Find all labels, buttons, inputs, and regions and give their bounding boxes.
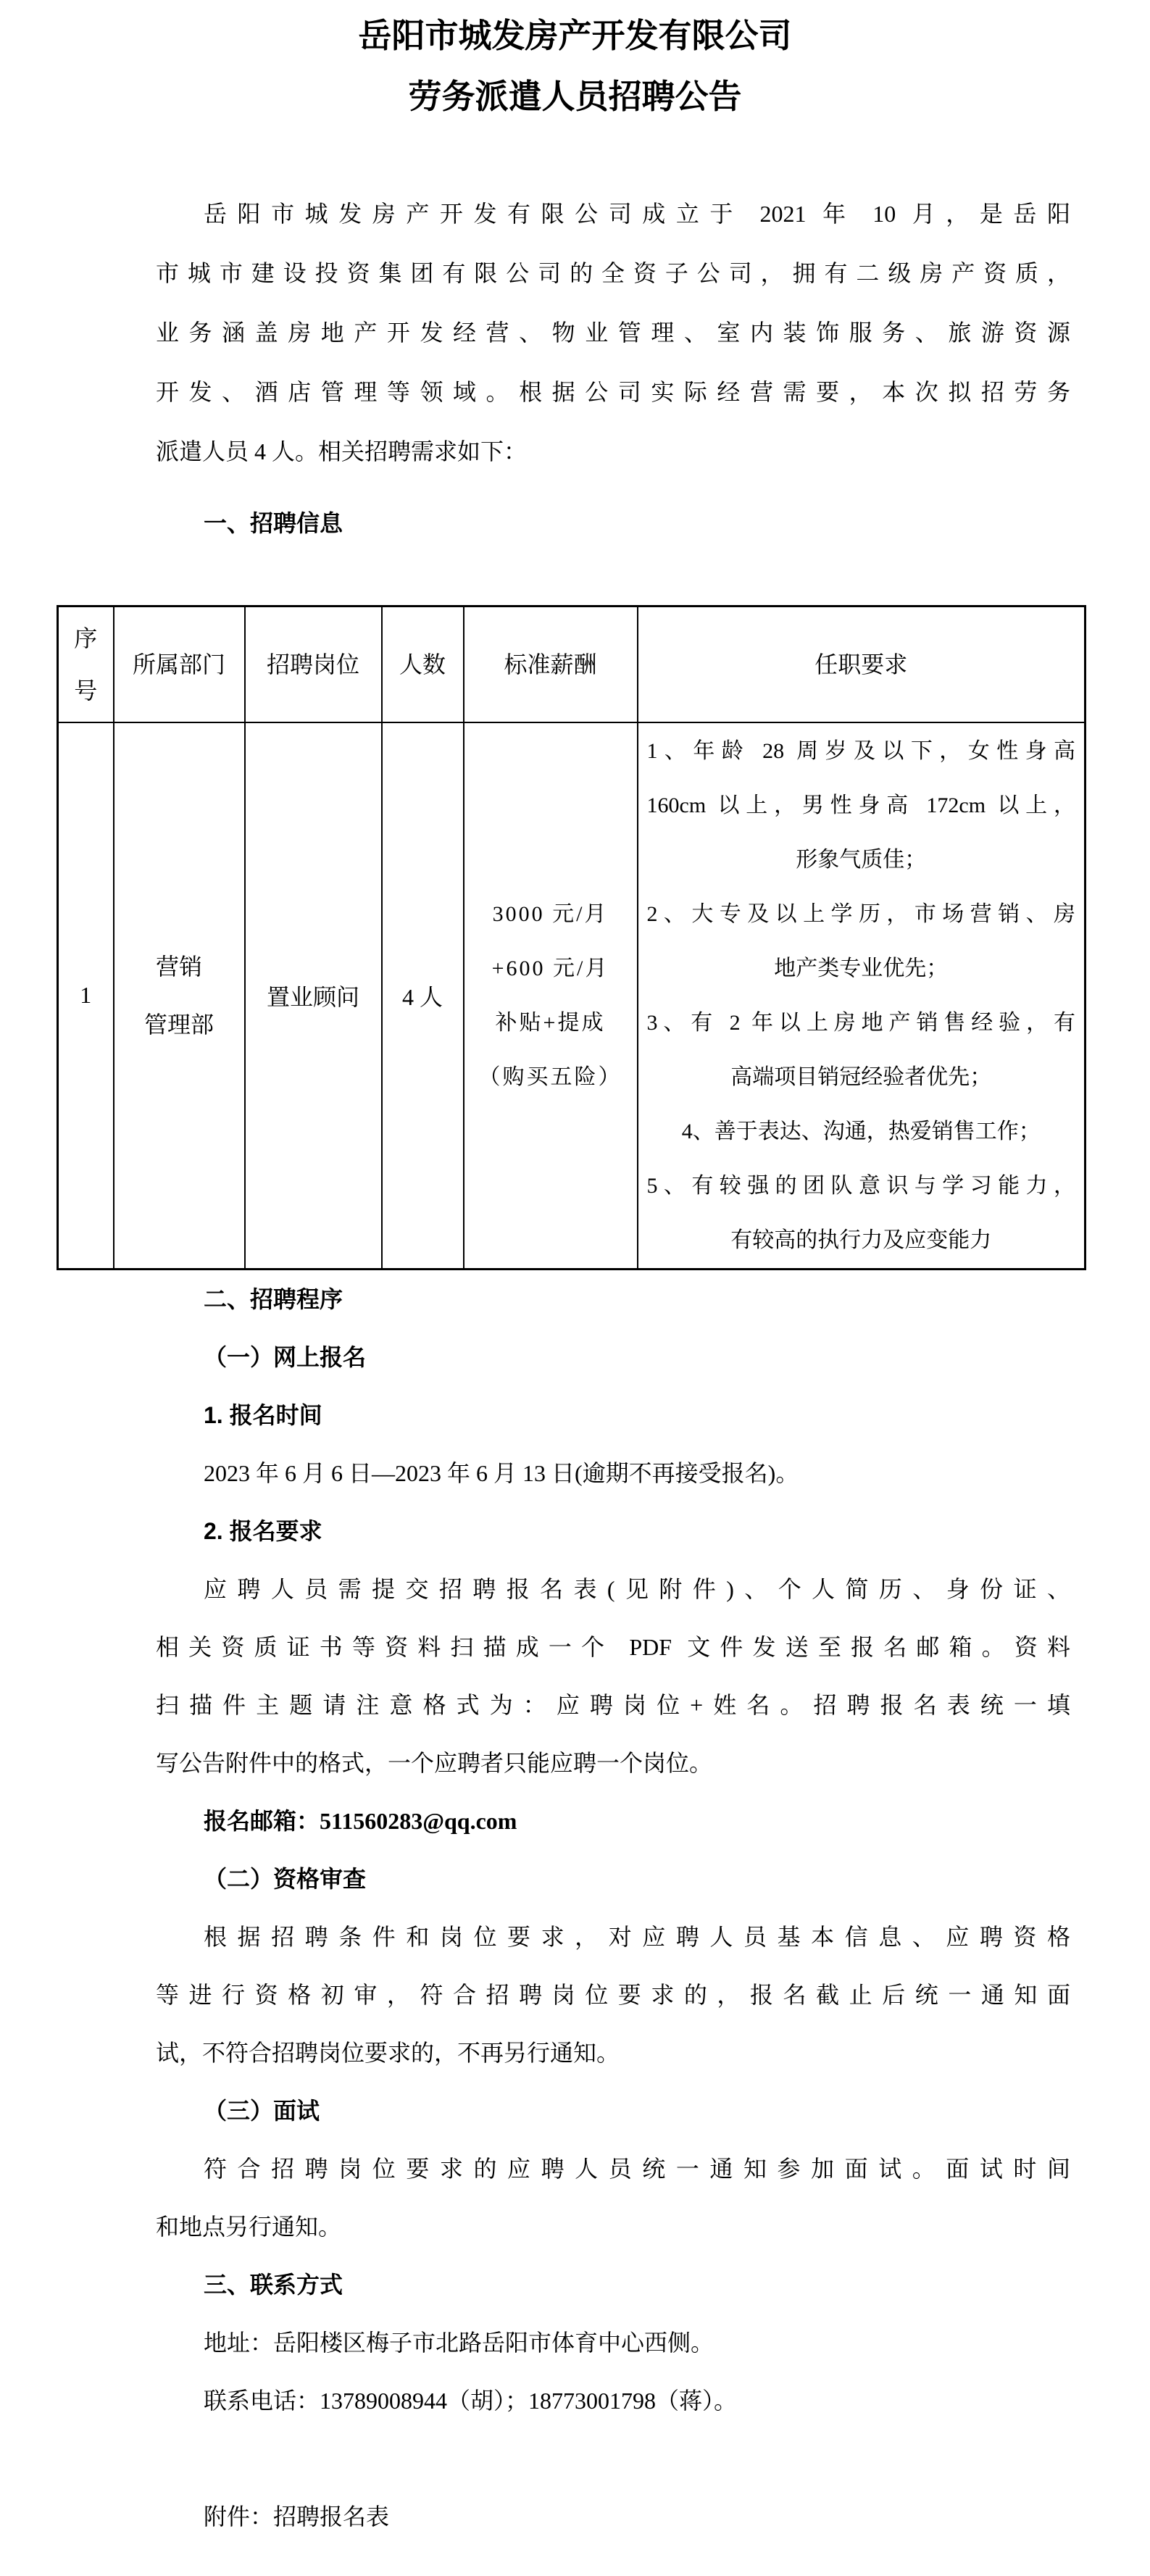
contact-address-text: 地址：岳阳楼区梅子市北路岳阳市体育中心西侧。 [156, 2314, 1070, 2372]
text-line: 3、有 2 年以上房地产销售经验，有 [647, 996, 1076, 1050]
recruitment-table: 序号 所属部门 招聘岗位 人数 标准薪酬 任职要求 1 营销管理部 置业顾问 4… [57, 605, 1086, 1270]
text-line: 160cm 以上，男性身高 172cm 以上， [647, 778, 1076, 833]
sub-heading-online-signup: （一）网上报名 [156, 1328, 1070, 1386]
text-line: 高端项目销冠经验者优先； [647, 1050, 1076, 1104]
table-header-row: 序号 所属部门 招聘岗位 人数 标准薪酬 任职要求 [58, 607, 1086, 722]
text-line: 3000 元/月 [465, 887, 636, 941]
section-heading-procedure: 二、招聘程序 [156, 1270, 1070, 1328]
text-line: 5、有较强的团队意识与学习能力， [647, 1159, 1076, 1213]
cell-requirements: 1、年龄 28 周岁及以下，女性身高160cm 以上，男性身高 172cm 以上… [638, 722, 1086, 1270]
text-line: （购买五险） [465, 1050, 636, 1104]
text-line: 业务涵盖房地产开发经营、物业管理、室内装饰服务、旅游资源 [156, 303, 1070, 362]
col-header-seq: 序号 [58, 607, 114, 722]
requirement-item: 5、有较强的团队意识与学习能力，有较高的执行力及应变能力 [647, 1159, 1076, 1267]
signup-requirements-paragraph: 应聘人员需提交招聘报名表(见附件)、个人简历、身份证、相关资质证书等资料扫描成一… [156, 1560, 1070, 1792]
document-title-line-1: 岳阳市城发房产开发有限公司 [0, 6, 1150, 67]
text-line: 试，不符合招聘岗位要求的，不再另行通知。 [156, 2024, 1070, 2082]
cell-seq: 1 [58, 722, 114, 1270]
document-title-line-2: 劳务派遣人员招聘公告 [0, 67, 1150, 128]
contact-phone-text: 联系电话：13789008944（胡）；18773001798（蒋）。 [156, 2372, 1070, 2430]
section-heading-recruit-info: 一、招聘信息 [156, 494, 1070, 552]
text-line: 2、大专及以上学历，市场营销、房 [647, 887, 1076, 941]
text-line: 营销 [115, 938, 243, 996]
text-line: 形象气质佳； [647, 833, 1076, 887]
text-line: 根据招聘条件和岗位要求，对应聘人员基本信息、应聘资格 [156, 1908, 1070, 1966]
signup-date-text: 2023 年 6 月 6 日—2023 年 6 月 13 日(逾期不再接受报名)… [156, 1444, 1070, 1502]
text-line: 地产类专业优先； [647, 941, 1076, 996]
table-data-row: 1 营销管理部 置业顾问 4 人 3000 元/月+600 元/月补贴+提成（购… [58, 722, 1086, 1270]
requirement-item: 4、善于表达、沟通，热爱销售工作； [647, 1104, 1076, 1159]
text-line: 相关资质证书等资料扫描成一个 PDF 文件发送至报名邮箱。资料 [156, 1618, 1070, 1676]
text-line: 补贴+提成 [465, 996, 636, 1050]
requirements-paragraphs: 1、年龄 28 周岁及以下，女性身高160cm 以上，男性身高 172cm 以上… [647, 724, 1076, 1267]
cell-position: 置业顾问 [245, 722, 382, 1270]
text-line: 有较高的执行力及应变能力 [647, 1213, 1076, 1267]
intro-paragraph: 岳阳市城发房产开发有限公司成立于 2021 年 10 月，是岳阳市城市建设投资集… [156, 184, 1070, 481]
text-line: 开发、酒店管理等领域。根据公司实际经营需要，本次拟招劳务 [156, 362, 1070, 422]
text-line: 4、善于表达、沟通，热爱销售工作； [647, 1104, 1076, 1159]
cell-headcount: 4 人 [382, 722, 464, 1270]
text-line: 市城市建设投资集团有限公司的全资子公司，拥有二级房产资质， [156, 243, 1070, 303]
requirement-item: 1、年龄 28 周岁及以下，女性身高160cm 以上，男性身高 172cm 以上… [647, 724, 1076, 887]
col-header-headcount: 人数 [382, 607, 464, 722]
text-line: 等进行资格初审，符合招聘岗位要求的，报名截止后统一通知面 [156, 1966, 1070, 2024]
requirement-item: 3、有 2 年以上房地产销售经验，有高端项目销冠经验者优先； [647, 996, 1076, 1104]
text-line: 符合招聘岗位要求的应聘人员统一通知参加面试。面试时间 [156, 2140, 1070, 2198]
interview-paragraph: 符合招聘岗位要求的应聘人员统一通知参加面试。面试时间和地点另行通知。 [156, 2140, 1070, 2256]
col-header-requirements: 任职要求 [638, 607, 1086, 722]
document-page: 岳阳市城发房产开发有限公司 劳务派遣人员招聘公告 岳阳市城发房产开发有限公司成立… [0, 0, 1150, 2576]
salary-lines: 3000 元/月+600 元/月补贴+提成（购买五险） [465, 887, 636, 1104]
department-lines: 营销管理部 [115, 938, 243, 1054]
item-heading-signup-require: 2. 报名要求 [156, 1502, 1070, 1560]
text-line: 派遣人员 4 人。相关招聘需求如下： [156, 422, 1070, 481]
qualification-review-paragraph: 根据招聘条件和岗位要求，对应聘人员基本信息、应聘资格等进行资格初审，符合招聘岗位… [156, 1908, 1070, 2082]
item-heading-signup-time: 1. 报名时间 [156, 1386, 1070, 1444]
text-line: 和地点另行通知。 [156, 2198, 1070, 2256]
col-header-position: 招聘岗位 [245, 607, 382, 722]
section-heading-contact: 三、联系方式 [156, 2256, 1070, 2314]
post-table-content: 二、招聘程序 （一）网上报名 1. 报名时间 2023 年 6 月 6 日—20… [156, 1270, 1070, 2546]
text-line: 写公告附件中的格式，一个应聘者只能应聘一个岗位。 [156, 1734, 1070, 1792]
signup-email-text: 报名邮箱：511560283@qq.com [156, 1792, 1070, 1850]
col-header-salary: 标准薪酬 [464, 607, 638, 722]
sub-heading-qualification-review: （二）资格审查 [156, 1850, 1070, 1908]
cell-department: 营销管理部 [114, 722, 245, 1270]
text-line: 岳阳市城发房产开发有限公司成立于 2021 年 10 月，是岳阳 [156, 184, 1070, 243]
text-line: 应聘人员需提交招聘报名表(见附件)、个人简历、身份证、 [156, 1560, 1070, 1618]
col-header-department: 所属部门 [114, 607, 245, 722]
requirement-item: 2、大专及以上学历，市场营销、房地产类专业优先； [647, 887, 1076, 996]
blank-line [156, 2430, 1070, 2488]
sub-heading-interview: （三）面试 [156, 2082, 1070, 2140]
text-line: 管理部 [115, 996, 243, 1054]
text-line: 1、年龄 28 周岁及以下，女性身高 [647, 724, 1076, 778]
text-line: +600 元/月 [465, 941, 636, 996]
cell-salary: 3000 元/月+600 元/月补贴+提成（购买五险） [464, 722, 638, 1270]
attachment-text: 附件：招聘报名表 [156, 2488, 1070, 2546]
text-line: 扫描件主题请注意格式为：应聘岗位+姓名。招聘报名表统一填 [156, 1676, 1070, 1734]
